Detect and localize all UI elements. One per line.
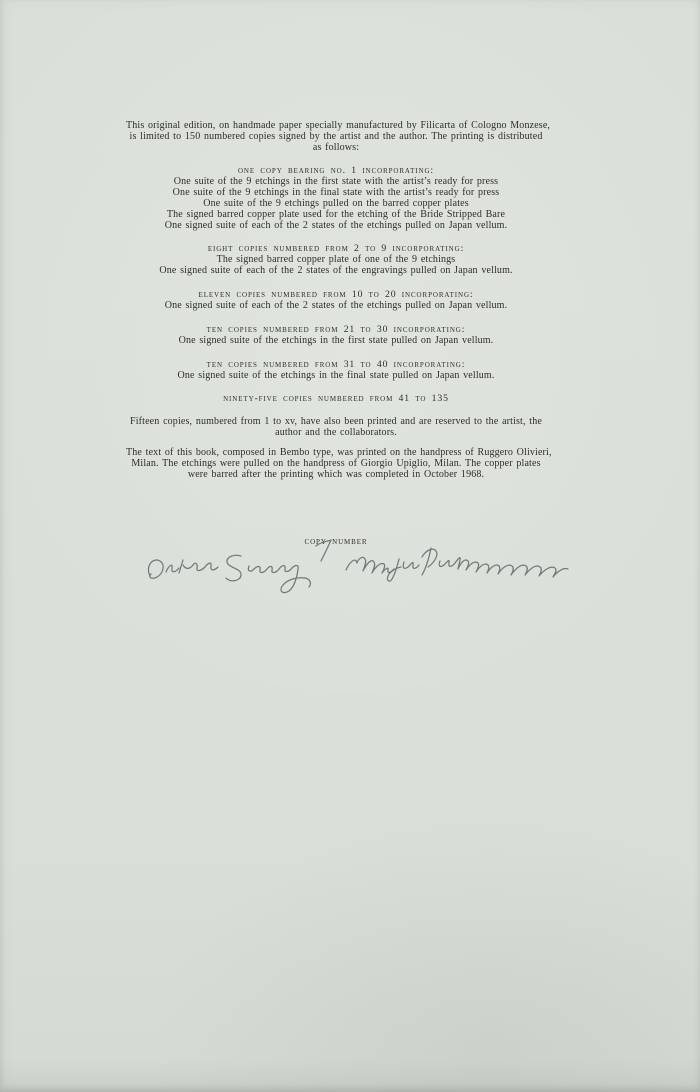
reserved-copies-paragraph: Fifteen copies, numbered from 1 to xv, h… xyxy=(126,417,546,439)
section-line: One signed suite of each of the 2 states… xyxy=(126,221,546,232)
intro-line: is limited to 150 numbered copies signed… xyxy=(126,132,546,143)
colophon-text: This original edition, on handmade paper… xyxy=(126,121,546,548)
signature-arturo-schwarz xyxy=(148,555,310,592)
reserved-line: author and the collaborators. xyxy=(126,428,546,439)
section-line: The signed barred copper plate used for … xyxy=(126,210,546,221)
section-heading: ten copies numbered from 31 to 40 incorp… xyxy=(126,359,546,371)
printing-line: were barred after the printing which was… xyxy=(126,470,546,481)
book-colophon-page: This original edition, on handmade paper… xyxy=(0,0,700,1092)
section-heading: ten copies numbered from 21 to 30 incorp… xyxy=(126,324,546,336)
section-line: One signed suite of the etchings in the … xyxy=(126,371,546,382)
copy-number-label: copy number xyxy=(126,537,546,548)
edition-section-ninety-five-copies: ninety-five copies numbered from 41 to 1… xyxy=(126,393,546,405)
section-heading: ninety-five copies numbered from 41 to 1… xyxy=(126,393,546,405)
section-line: One signed suite of the etchings in the … xyxy=(126,336,546,347)
section-line: One signed suite of each of the 2 states… xyxy=(126,301,546,312)
signature-marcel-duchamp xyxy=(346,548,568,581)
edition-section-one-copy: one copy bearing no. 1 incorporating: On… xyxy=(126,165,546,231)
edition-section-ten-copies-31-40: ten copies numbered from 31 to 40 incorp… xyxy=(126,359,546,382)
intro-paragraph: This original edition, on handmade paper… xyxy=(126,121,546,153)
section-line: One signed suite of each of the 2 states… xyxy=(126,266,546,277)
edition-section-eight-copies: eight copies numbered from 2 to 9 incorp… xyxy=(126,243,546,277)
printing-line: Milan. The etchings were pulled on the h… xyxy=(126,459,546,470)
edition-section-ten-copies-21-30: ten copies numbered from 21 to 30 incorp… xyxy=(126,324,546,347)
printing-note-paragraph: The text of this book, composed in Bembo… xyxy=(126,448,546,480)
intro-line: as follows: xyxy=(126,143,546,154)
edition-section-eleven-copies: eleven copies numbered from 10 to 20 inc… xyxy=(126,289,546,312)
